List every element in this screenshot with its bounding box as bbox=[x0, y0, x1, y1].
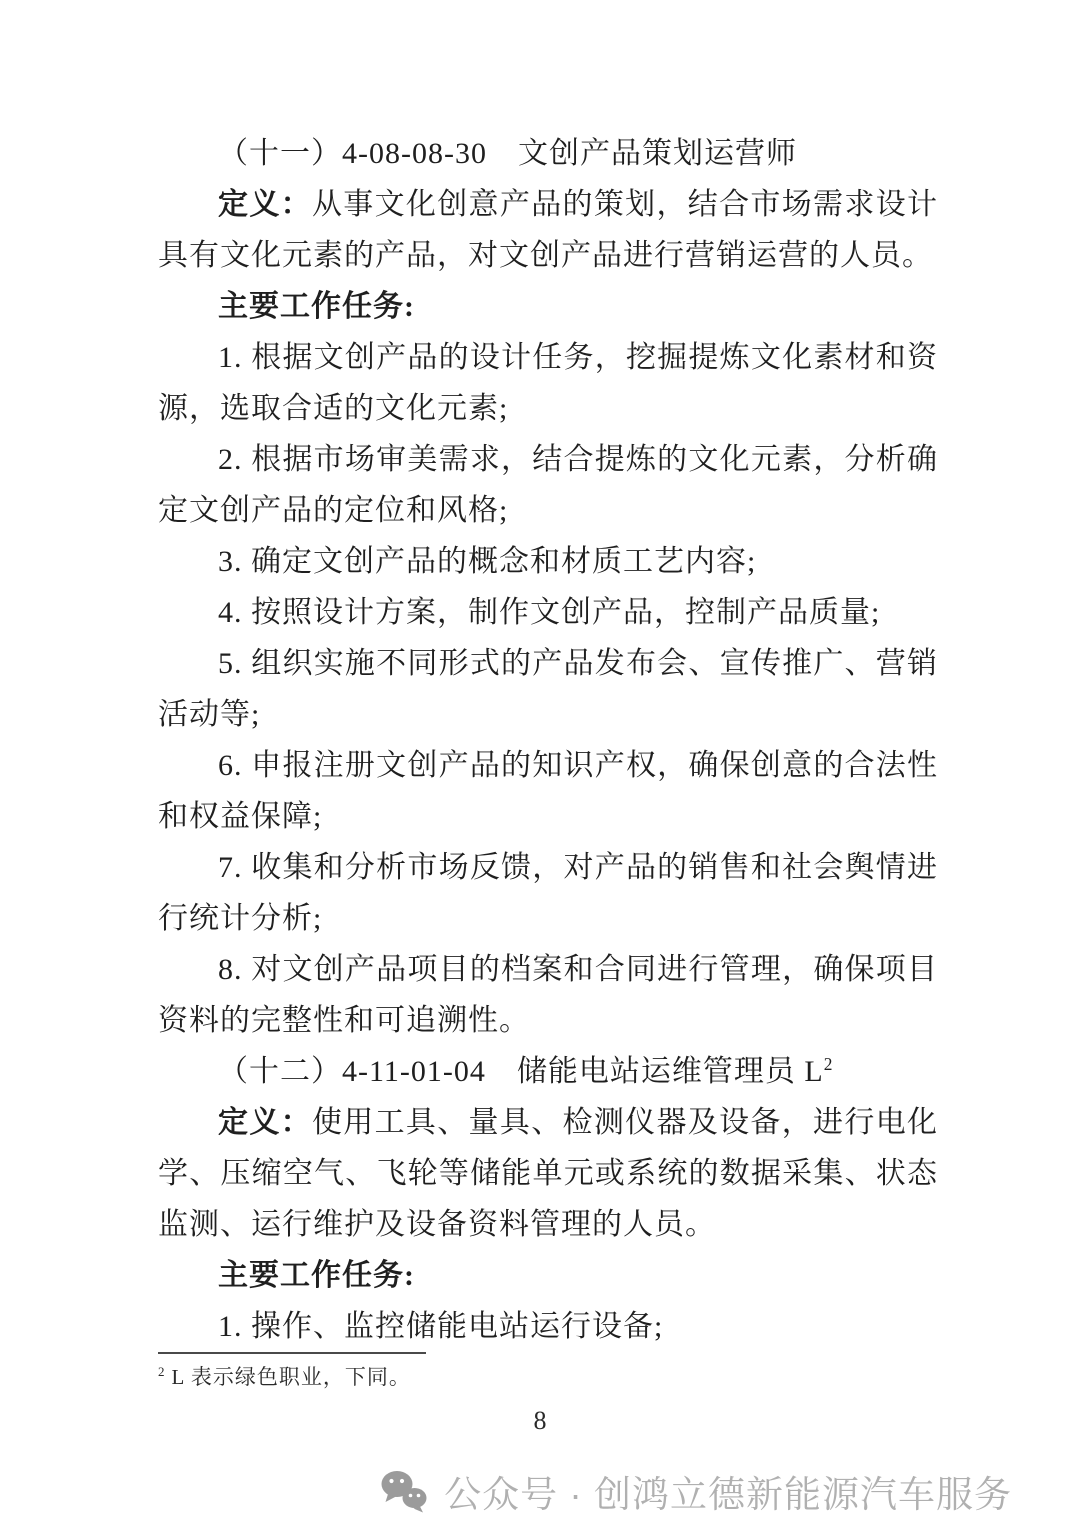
footnote-reference-2: 2 bbox=[824, 1054, 834, 1074]
footnote-marker: 2 bbox=[158, 1364, 166, 1379]
document-page: （十一）4-08-08-30 文创产品策划运营师 定义：从事文化创意产品的策划，… bbox=[0, 0, 1080, 1527]
section-11-task-8: 8. 对文创产品项目的档案和合同进行管理，确保项目资料的完整性和可追溯性。 bbox=[158, 944, 938, 1046]
section-12-tasks-heading: 主要工作任务: bbox=[158, 1250, 938, 1301]
footnote-text: 2L 表示绿色职业，下同。 bbox=[158, 1363, 858, 1391]
section-11-task-1: 1. 根据文创产品的设计任务，挖掘提炼文化素材和资源，选取合适的文化元素; bbox=[158, 332, 938, 434]
section-11-task-7: 7. 收集和分析市场反馈，对产品的销售和社会舆情进行统计分析; bbox=[158, 842, 938, 944]
section-11-tasks-heading: 主要工作任务: bbox=[158, 281, 938, 332]
footnote: 2L 表示绿色职业，下同。 bbox=[158, 1352, 858, 1391]
wechat-icon bbox=[380, 1469, 428, 1513]
section-11-task-6: 6. 申报注册文创产品的知识产权，确保创意的合法性和权益保障; bbox=[158, 740, 938, 842]
section-12-title-text: （十二）4-11-01-04 储能电站运维管理员 L bbox=[218, 1055, 824, 1088]
document-body: （十一）4-08-08-30 文创产品策划运营师 定义：从事文化创意产品的策划，… bbox=[158, 128, 938, 1352]
section-12-task-1: 1. 操作、监控储能电站运行设备; bbox=[158, 1301, 938, 1352]
section-11-task-3: 3. 确定文创产品的概念和材质工艺内容; bbox=[158, 536, 938, 587]
section-12-title: （十二）4-11-01-04 储能电站运维管理员 L2 bbox=[158, 1046, 938, 1097]
section-11-title: （十一）4-08-08-30 文创产品策划运营师 bbox=[158, 128, 938, 179]
section-12-definition: 定义：使用工具、量具、检测仪器及设备，进行电化学、压缩空气、飞轮等储能单元或系统… bbox=[158, 1097, 938, 1250]
watermark-text: 公众号 · 创鸿立德新能源汽车服务 bbox=[444, 1464, 1012, 1518]
definition-label: 定义： bbox=[218, 1106, 312, 1139]
footnote-divider bbox=[158, 1352, 426, 1354]
section-11-definition: 定义：从事文化创意产品的策划，结合市场需求设计具有文化元素的产品，对文创产品进行… bbox=[158, 179, 938, 281]
section-11-task-5: 5. 组织实施不同形式的产品发布会、宣传推广、营销活动等; bbox=[158, 638, 938, 740]
section-11-task-2: 2. 根据市场审美需求，结合提炼的文化元素，分析确定文创产品的定位和风格; bbox=[158, 434, 938, 536]
page-number: 8 bbox=[0, 1406, 1080, 1436]
section-11-task-4: 4. 按照设计方案，制作文创产品，控制产品质量; bbox=[158, 587, 938, 638]
footnote-body: L 表示绿色职业，下同。 bbox=[172, 1365, 411, 1389]
watermark: 公众号 · 创鸿立德新能源汽车服务 bbox=[380, 1464, 1012, 1518]
definition-label: 定义： bbox=[218, 188, 312, 221]
